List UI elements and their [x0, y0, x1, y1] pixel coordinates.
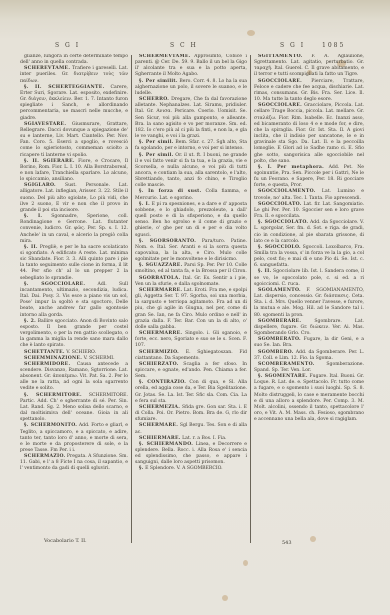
entry-headword: §. II. SGIERARE. — [24, 159, 75, 164]
dictionary-entry: §. Per simil. Bem. Sfar. c. 27. Sgh alto… — [135, 140, 247, 152]
entry-headword: §. SGUAZZARE. — [139, 263, 182, 268]
entry-headword: SGOMBERARE. — [258, 319, 301, 324]
entry-headword: §. SGOMENTARE. — [258, 374, 308, 379]
dictionary-entry: SGIAVESTARE. Giusmurare, Grattare, Relle… — [20, 122, 128, 159]
entry-headword: §. SCHERMITORE. — [24, 393, 82, 398]
entry-text: Sgocciolare lib. Ist. l. Sandera come, i… — [254, 269, 364, 286]
page-top-shadow — [0, 0, 390, 20]
dictionary-entry: SGOCCIOLATO. Lat. fir. Lat. Sangomiatio.… — [254, 202, 364, 220]
entry-headword: SCHERMIDORE. — [24, 362, 70, 367]
signature-mark: Vocabolario T. II. — [44, 538, 87, 544]
dictionary-entry: SCHERMARRE. Lat. Eroti. Fra me, e spolpi… — [135, 288, 247, 331]
entry-headword: SCHERMIZIO. — [139, 350, 179, 355]
dictionary-entry: SCHERMAZIO. Pregata. A Sfunzione. Sm. 11… — [20, 454, 128, 472]
dictionary-entry: §. SGOCCIOLATO. Add. da Sgocciolare. V. … — [254, 220, 364, 245]
entry-headword: SGIAVESTARE. — [24, 122, 66, 127]
dictionary-entry: SGITTAMENTO. F. A. Aglaulione, Sgrettame… — [254, 54, 364, 79]
entry-headword: §. Per simil. — [139, 140, 174, 145]
entry-text: Fugare. Ital. Buoni. Gr. Loque. R. Lat. … — [254, 374, 364, 422]
entry-headword: §. — [139, 466, 144, 471]
entry-headword: SGOCCIOLARE. — [258, 103, 302, 108]
foxing-stain — [222, 595, 228, 601]
dictionary-entry: glianze, lungora in certe determinate te… — [20, 54, 128, 66]
entry-text: Ballire sgocciato. Anon di Bovinto salo … — [20, 319, 128, 349]
entry-text: V. SCHIERO. — [66, 350, 96, 355]
dictionary-entry: SCHERMEZIA. Sfida gre. Gon sar. Sta. i. … — [135, 405, 247, 423]
running-header: S G I S C H S G I 1085 — [20, 42, 340, 52]
dictionary-entry: SCHERMARE. Sgl Bergu. Tes. Son e di alla… — [135, 423, 247, 435]
entry-headword: §. CONTIRAZIO. — [139, 380, 186, 385]
entry-headword: §. I. Per metaphora. — [258, 165, 324, 170]
entry-text: Lat. Eroti. Fra me, e spolpi gli, Aggett… — [135, 288, 247, 330]
entry-text: Gracciolare, Piccola. Lat. cellare Trage… — [254, 103, 364, 163]
dictionary-entry: §. SGOCCIOLO. Sgoccoli. Loxolbarco, Fra.… — [254, 245, 364, 270]
entry-headword: SGOMBERO. — [258, 350, 294, 355]
dictionary-entry: §. I. Per metaphora. Add. Pet. Ne sgoinu… — [254, 165, 364, 190]
dictionary-entry: §. Per similit. Bero. Corr. 4. 8. Lo ha … — [135, 79, 247, 97]
entry-text: Adl. Sull incantamento, ultimazio, secon… — [20, 282, 128, 318]
signature-mark: 543 — [282, 540, 292, 546]
dictionary-entry: §. SCHIERMANDO. Linea, e Decorrere e spl… — [135, 442, 247, 467]
entry-headword: SCHERMARE. — [139, 423, 178, 428]
entry-headword: §. I. — [24, 214, 42, 219]
dictionary-entry: SCHERRO. Dregare, Che fa dal favorazione… — [135, 97, 247, 140]
entry-text: Lat. r. a Bos. I. Fia. — [182, 436, 226, 441]
foxing-stain — [243, 560, 248, 566]
entry-headword: §. SCHIERMANDO. — [139, 442, 193, 447]
entry-text: V. SCHERMI. — [84, 356, 115, 361]
entry-headword: §. 2. — [24, 319, 36, 324]
column-3: SGITTAMENTO. F. A. Aglaulione, Sgrettame… — [254, 54, 364, 536]
dictionary-entry: §. SCHERMONITO. Add. Forto e gliarl, e T… — [20, 423, 128, 454]
entry-headword: SCHERMEVTAME. — [139, 54, 191, 59]
dictionary-entry: §. II. SGIERARE. Fiore, e Crocare, Il Bo… — [20, 159, 128, 184]
dictionary-entry: SGOLAMENTO. F. SGOMIANAMENTO, Lat. dispe… — [254, 288, 364, 319]
entry-headword: SCHEREVTAME. — [24, 66, 70, 71]
entry-headword: SCHIERMARE. — [139, 436, 181, 441]
entry-headword: §. SGOCCIOLO. — [258, 245, 301, 250]
dictionary-entry: §. 2. Ballire sgocciato. Anon di Bovinto… — [20, 319, 128, 350]
entry-headword: §. SGORSORANTO. — [139, 239, 196, 244]
dictionary-entry: SCHIERZATO. Scaglia a fer sfoso. In spic… — [135, 362, 247, 380]
entry-headword: SCHERRO. — [139, 97, 169, 102]
entry-text: Or. il ut. ft. I buoni, ne grande il e v… — [135, 153, 247, 189]
entry-headword: SCHIERZATO. — [139, 362, 179, 367]
dictionary-entry: SGOMBERATO. Fugare, la dir Geni, e a suo… — [254, 337, 364, 349]
column-rule — [131, 55, 132, 543]
entry-headword: SCHERMAZIO. — [24, 454, 65, 459]
entry-headword: SCHEMMINAZIONE. — [24, 356, 82, 361]
foxing-stain — [310, 536, 316, 542]
entry-text: Carere, Erter Suri, Sgorare. Lat. esposi… — [20, 85, 128, 121]
column-1: glianze, lungora in certe determinate te… — [20, 54, 128, 536]
dictionary-entry: SCHEREVTAME. Trafiere i gareselli. Lat. … — [20, 66, 128, 84]
entry-headword: SCHERMARRE. — [139, 331, 182, 336]
entry-headword: §. SGOCCIOLARE. — [24, 282, 85, 287]
dictionary-entry: SCHERMIZIO. E. Sghiegatoszan. Fid ciatta… — [135, 350, 247, 362]
entry-headword: §. II. — [258, 269, 271, 274]
dictionary-entry: §. In forza di sust. Colla fiamma, e Mer… — [135, 189, 247, 201]
entry-headword: §. SGOCCIOLATO. — [258, 220, 308, 225]
dictionary-entry: §. II. Pregliè, e per le ha sacre scolat… — [20, 245, 128, 282]
entry-headword: §. Per similit. — [139, 79, 178, 84]
dictionary-entry: §. SGORSORANTO. Para/turo. Patine. Nom. … — [135, 239, 247, 264]
dictionary-entry: §. SCHERMITORE. SCHERMITORE. Partic. Add… — [20, 393, 128, 424]
dictionary-entry: §. I. E pi ra spesniones, e a dare e d' … — [135, 202, 247, 239]
header-left: S G I — [55, 42, 80, 49]
dictionary-entry: §. Per simil. Or. il ut. ft. I buoni, ne… — [135, 153, 247, 190]
dictionary-entry: SGIGLARO. Sust. Personale. Lat. alligato… — [20, 183, 128, 214]
dictionary-entry: SGOMBERARE. Sgombrare. Lat. dispellere, … — [254, 319, 364, 337]
entry-headword: SCHERMARRE. — [139, 288, 182, 293]
entry-text: Pregliè, e per le ha sacre scolaticato s… — [20, 245, 128, 281]
dictionary-entry: §. I. Sgonnadre, Sperione, coll. Rondina… — [20, 214, 128, 245]
header-center: S C H — [170, 42, 198, 49]
column-rule — [250, 55, 251, 543]
entry-headword: SGOCCIOLARE. — [258, 79, 302, 84]
entry-headword: §. II. — [24, 245, 38, 250]
entry-text: E Splendore. V. A SGOMBERCIO. — [145, 466, 223, 471]
entry-text: glianze, lungora in certe determinate te… — [20, 54, 128, 65]
dictionary-entry: §. E Splendore. V. A SGOMBERCIO. — [135, 466, 247, 472]
entry-headword: §. In forza di sust. — [139, 189, 201, 194]
dictionary-entry: SCHERMARRE. Singolo. i. Gli sganoio, e f… — [135, 331, 247, 349]
page-number: 1085 — [322, 42, 345, 49]
dictionary-entry: SGOCCIOLARE. Pierciare, Trattare, Feloce… — [254, 79, 364, 104]
entry-headword: §. II. SCHERTEGGIANTE. — [24, 85, 104, 90]
dictionary-entry: SGOMBERO. Add. da Sgomberare. Per. L. 37… — [254, 350, 364, 362]
dictionary-entry: §. II. Sgocciolare lib. Ist. l. Sandera … — [254, 269, 364, 287]
dictionary-entry: §. II. SCHERTEGGIANTE. Carere, Erter Sur… — [20, 85, 128, 122]
entry-headword: SGOCCIOLATO. — [258, 202, 302, 207]
dictionary-entry: SCHERMEVTAME. Approsimto, Cobice i paren… — [135, 54, 247, 79]
dictionary-entry: SGOCCIOLARE. Gracciolare, Piccola. Lat. … — [254, 103, 364, 165]
dictionary-entry: §. CONTIRAZIO. Con di qua, e Sl. Alla or… — [135, 380, 247, 405]
entry-text: Dregare, Che fa dal favorazione alletant… — [135, 97, 247, 139]
entry-headword: §. SCHERMONITO. — [24, 423, 77, 428]
dictionary-entry: §. SGOMENTARE. Fugare. Ital. Buoni. Gr. … — [254, 374, 364, 423]
dictionary-entry: SCOMBERAMENTO. Sgomberazione. Spand. Sp.… — [254, 362, 364, 374]
column-2: SCHERMEVTAME. Approsimto, Cobice i paren… — [135, 54, 247, 536]
scanned-page: S G I S C H S G I 1085 glianze, lungora … — [0, 0, 390, 615]
dictionary-entry: SCHERMIDORE. Causa antecede a scendere. … — [20, 362, 128, 393]
entry-headword: SGOCCIOLAMENTO. — [258, 189, 316, 194]
entry-text: Giusmurare, Grattare, Rellegrare. Dacci … — [20, 122, 128, 158]
dictionary-entry: SGORBATOLA. Ital. Gr. Es. Sentir a i pie… — [135, 276, 247, 288]
entry-headword: SGIGLARO. — [24, 183, 56, 188]
foxing-stain — [247, 30, 255, 36]
dictionary-entry: SGOCCIOLAMENTO. Lat. Lumino e trovole, n… — [254, 189, 364, 201]
entry-headword: SCHERMEZIA. — [139, 405, 180, 410]
entry-text: E pi ra spesniones, e a dare e d' appost… — [135, 202, 247, 238]
dictionary-entry: §. SGUAZZARE. Parsi Sp. Per. Per 10. Col… — [135, 263, 247, 275]
entry-headword: SCOMBERAMENTO. — [258, 362, 315, 367]
entry-headword: SGOMBERATO. — [258, 337, 301, 342]
entry-headword: SGOLAMENTO. — [258, 288, 301, 293]
entry-headword: SGORBATOLA. — [139, 276, 180, 281]
entry-headword: SGITTAMENTO. — [258, 54, 303, 59]
dictionary-entry: §. SGOCCIOLARE. Adl. Sull incantamento, … — [20, 282, 128, 319]
header-right: S G I — [280, 42, 305, 49]
entry-headword: §. Per simil. — [139, 153, 174, 158]
entry-headword: SCHETTANTE. — [24, 350, 65, 355]
entry-headword: §. I. — [139, 202, 150, 207]
